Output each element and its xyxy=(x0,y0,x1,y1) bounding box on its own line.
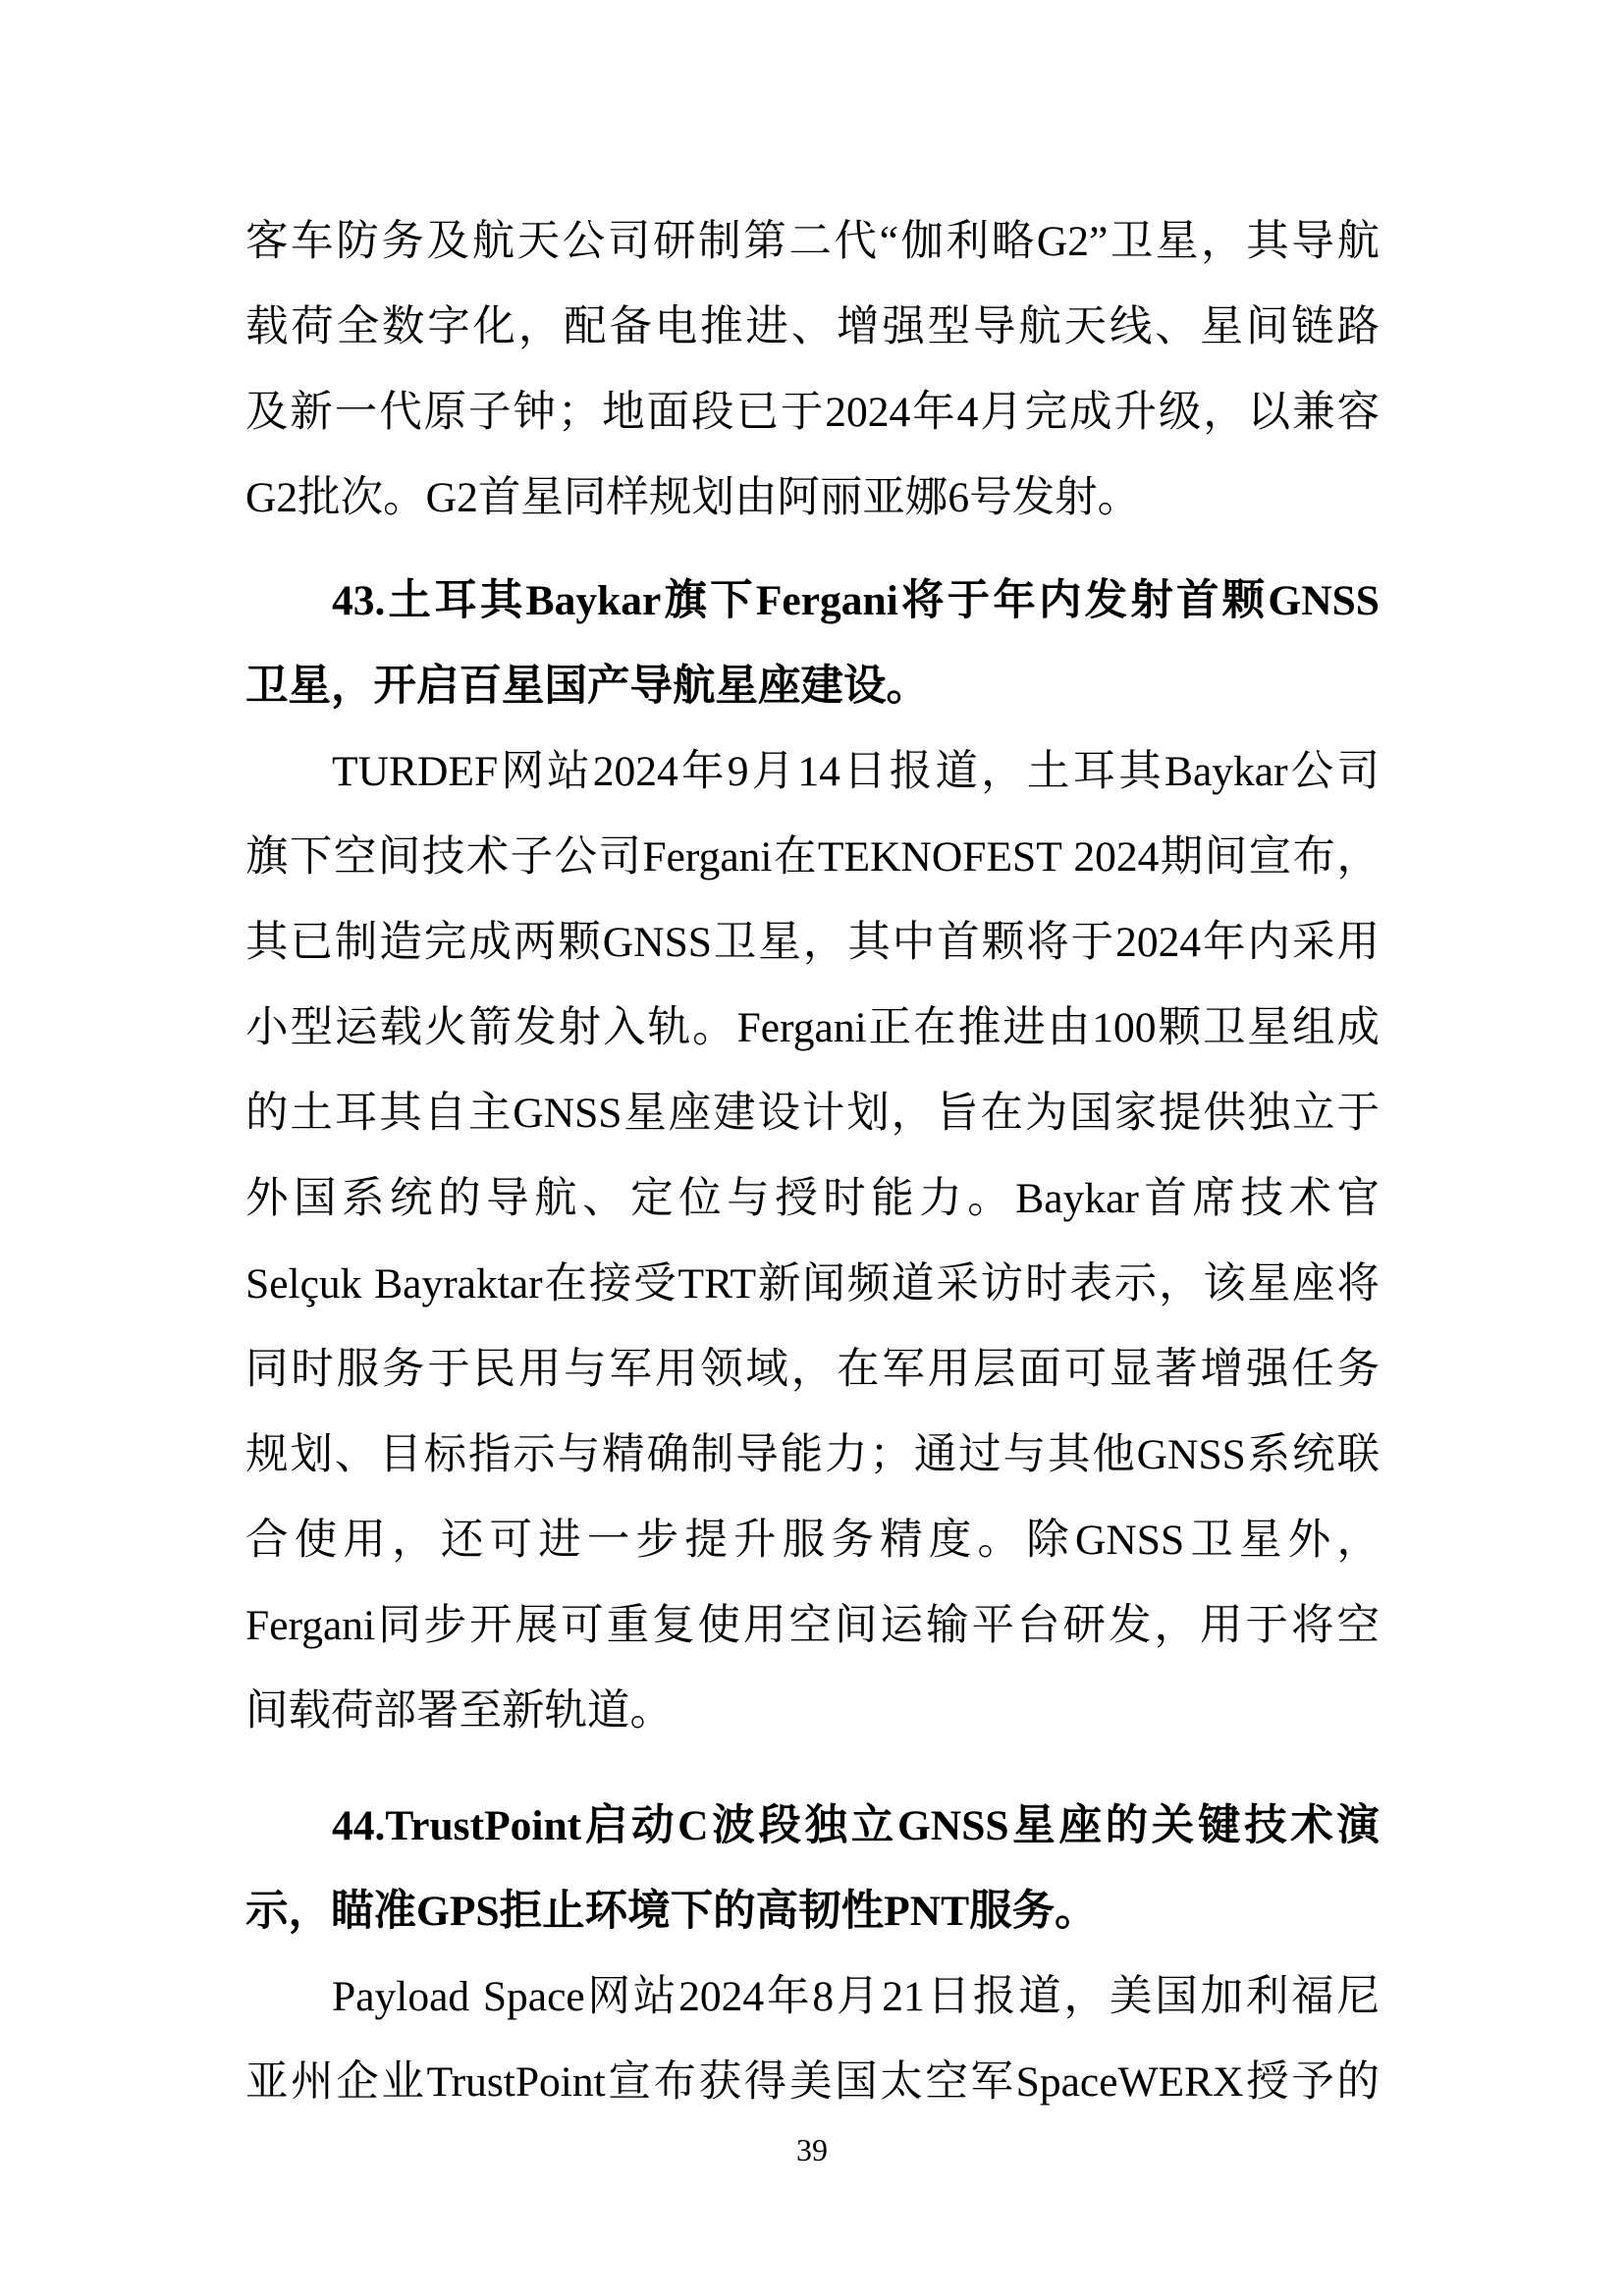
text-line: 间载荷部署至新轨道。 xyxy=(245,1669,1380,1754)
text-line: 规划、目标指示与精确制导能力；通过与其他GNSS系统联 xyxy=(245,1413,1380,1498)
heading-item-44: 44.TrustPoint启动C波段独立GNSS星座的关键技术演示，瞄准GPS拒… xyxy=(245,1784,1380,1954)
paragraph-item-43-body: TURDEF网站2024年9月14日报道，土耳其Baykar公司旗下空间技术子公… xyxy=(245,729,1380,1754)
text-line: 客车防务及航天公司研制第二代“伽利略G2”卫星，其导航 xyxy=(245,199,1380,285)
paragraph-galileo-g2-continued: 客车防务及航天公司研制第二代“伽利略G2”卫星，其导航载荷全数字化，配备电推进、… xyxy=(245,199,1380,541)
text-line: 旗下空间技术子公司Fergani在TEKNOFEST 2024期间宣布， xyxy=(245,815,1380,900)
text-line: 外国系统的导航、定位与授时能力。Baykar首席技术官 xyxy=(245,1156,1380,1242)
page-body: 客车防务及航天公司研制第二代“伽利略G2”卫星，其导航载荷全数字化，配备电推进、… xyxy=(245,199,1380,2125)
page-number: 39 xyxy=(796,2132,828,2167)
text-line: 小型运载火箭发射入轨。Fergani正在推进由100颗卫星组成 xyxy=(245,986,1380,1071)
text-line: 及新一代原子钟；地面段已于2024年4月完成升级，以兼容 xyxy=(245,370,1380,455)
text-line: 示，瞄准GPS拒止环境下的高韧性PNT服务。 xyxy=(245,1869,1380,1954)
text-line: 亚州企业TrustPoint宣布获得美国太空军SpaceWERX授予的 xyxy=(245,2040,1380,2125)
text-line: Selçuk Bayraktar在接受TRT新闻频道采访时表示，该星座将 xyxy=(245,1242,1380,1327)
text-line: 其已制造完成两颗GNSS卫星，其中首颗将于2024年内采用 xyxy=(245,900,1380,986)
paragraph-item-44-body: Payload Space网站2024年8月21日报道，美国加利福尼亚州企业Tr… xyxy=(245,1954,1380,2125)
text-line: 同时服务于民用与军用领域，在军用层面可显著增强任务 xyxy=(245,1327,1380,1413)
text-line: Payload Space网站2024年8月21日报道，美国加利福尼 xyxy=(245,1954,1380,2040)
text-line: TURDEF网站2024年9月14日报道，土耳其Baykar公司 xyxy=(245,729,1380,815)
text-line: 合使用，还可进一步提升服务精度。除GNSS卫星外， xyxy=(245,1498,1380,1583)
heading-item-43: 43.土耳其Baykar旗下Fergani将于年内发射首颗GNSS卫星，开启百星… xyxy=(245,559,1380,729)
text-line: 卫星，开启百星国产导航星座建设。 xyxy=(245,644,1380,729)
text-line: G2批次。G2首星同样规划由阿丽亚娜6号发射。 xyxy=(245,455,1380,541)
document-page: 客车防务及航天公司研制第二代“伽利略G2”卫星，其导航载荷全数字化，配备电推进、… xyxy=(0,0,1624,2296)
text-line: Fergani同步开展可重复使用空间运输平台研发，用于将空 xyxy=(245,1583,1380,1669)
text-line: 43.土耳其Baykar旗下Fergani将于年内发射首颗GNSS xyxy=(245,559,1380,644)
text-line: 的土耳其自主GNSS星座建设计划，旨在为国家提供独立于 xyxy=(245,1071,1380,1156)
text-line: 44.TrustPoint启动C波段独立GNSS星座的关键技术演 xyxy=(245,1784,1380,1869)
text-line: 载荷全数字化，配备电推进、增强型导航天线、星间链路 xyxy=(245,285,1380,370)
page-footer: 39 xyxy=(0,2130,1624,2169)
